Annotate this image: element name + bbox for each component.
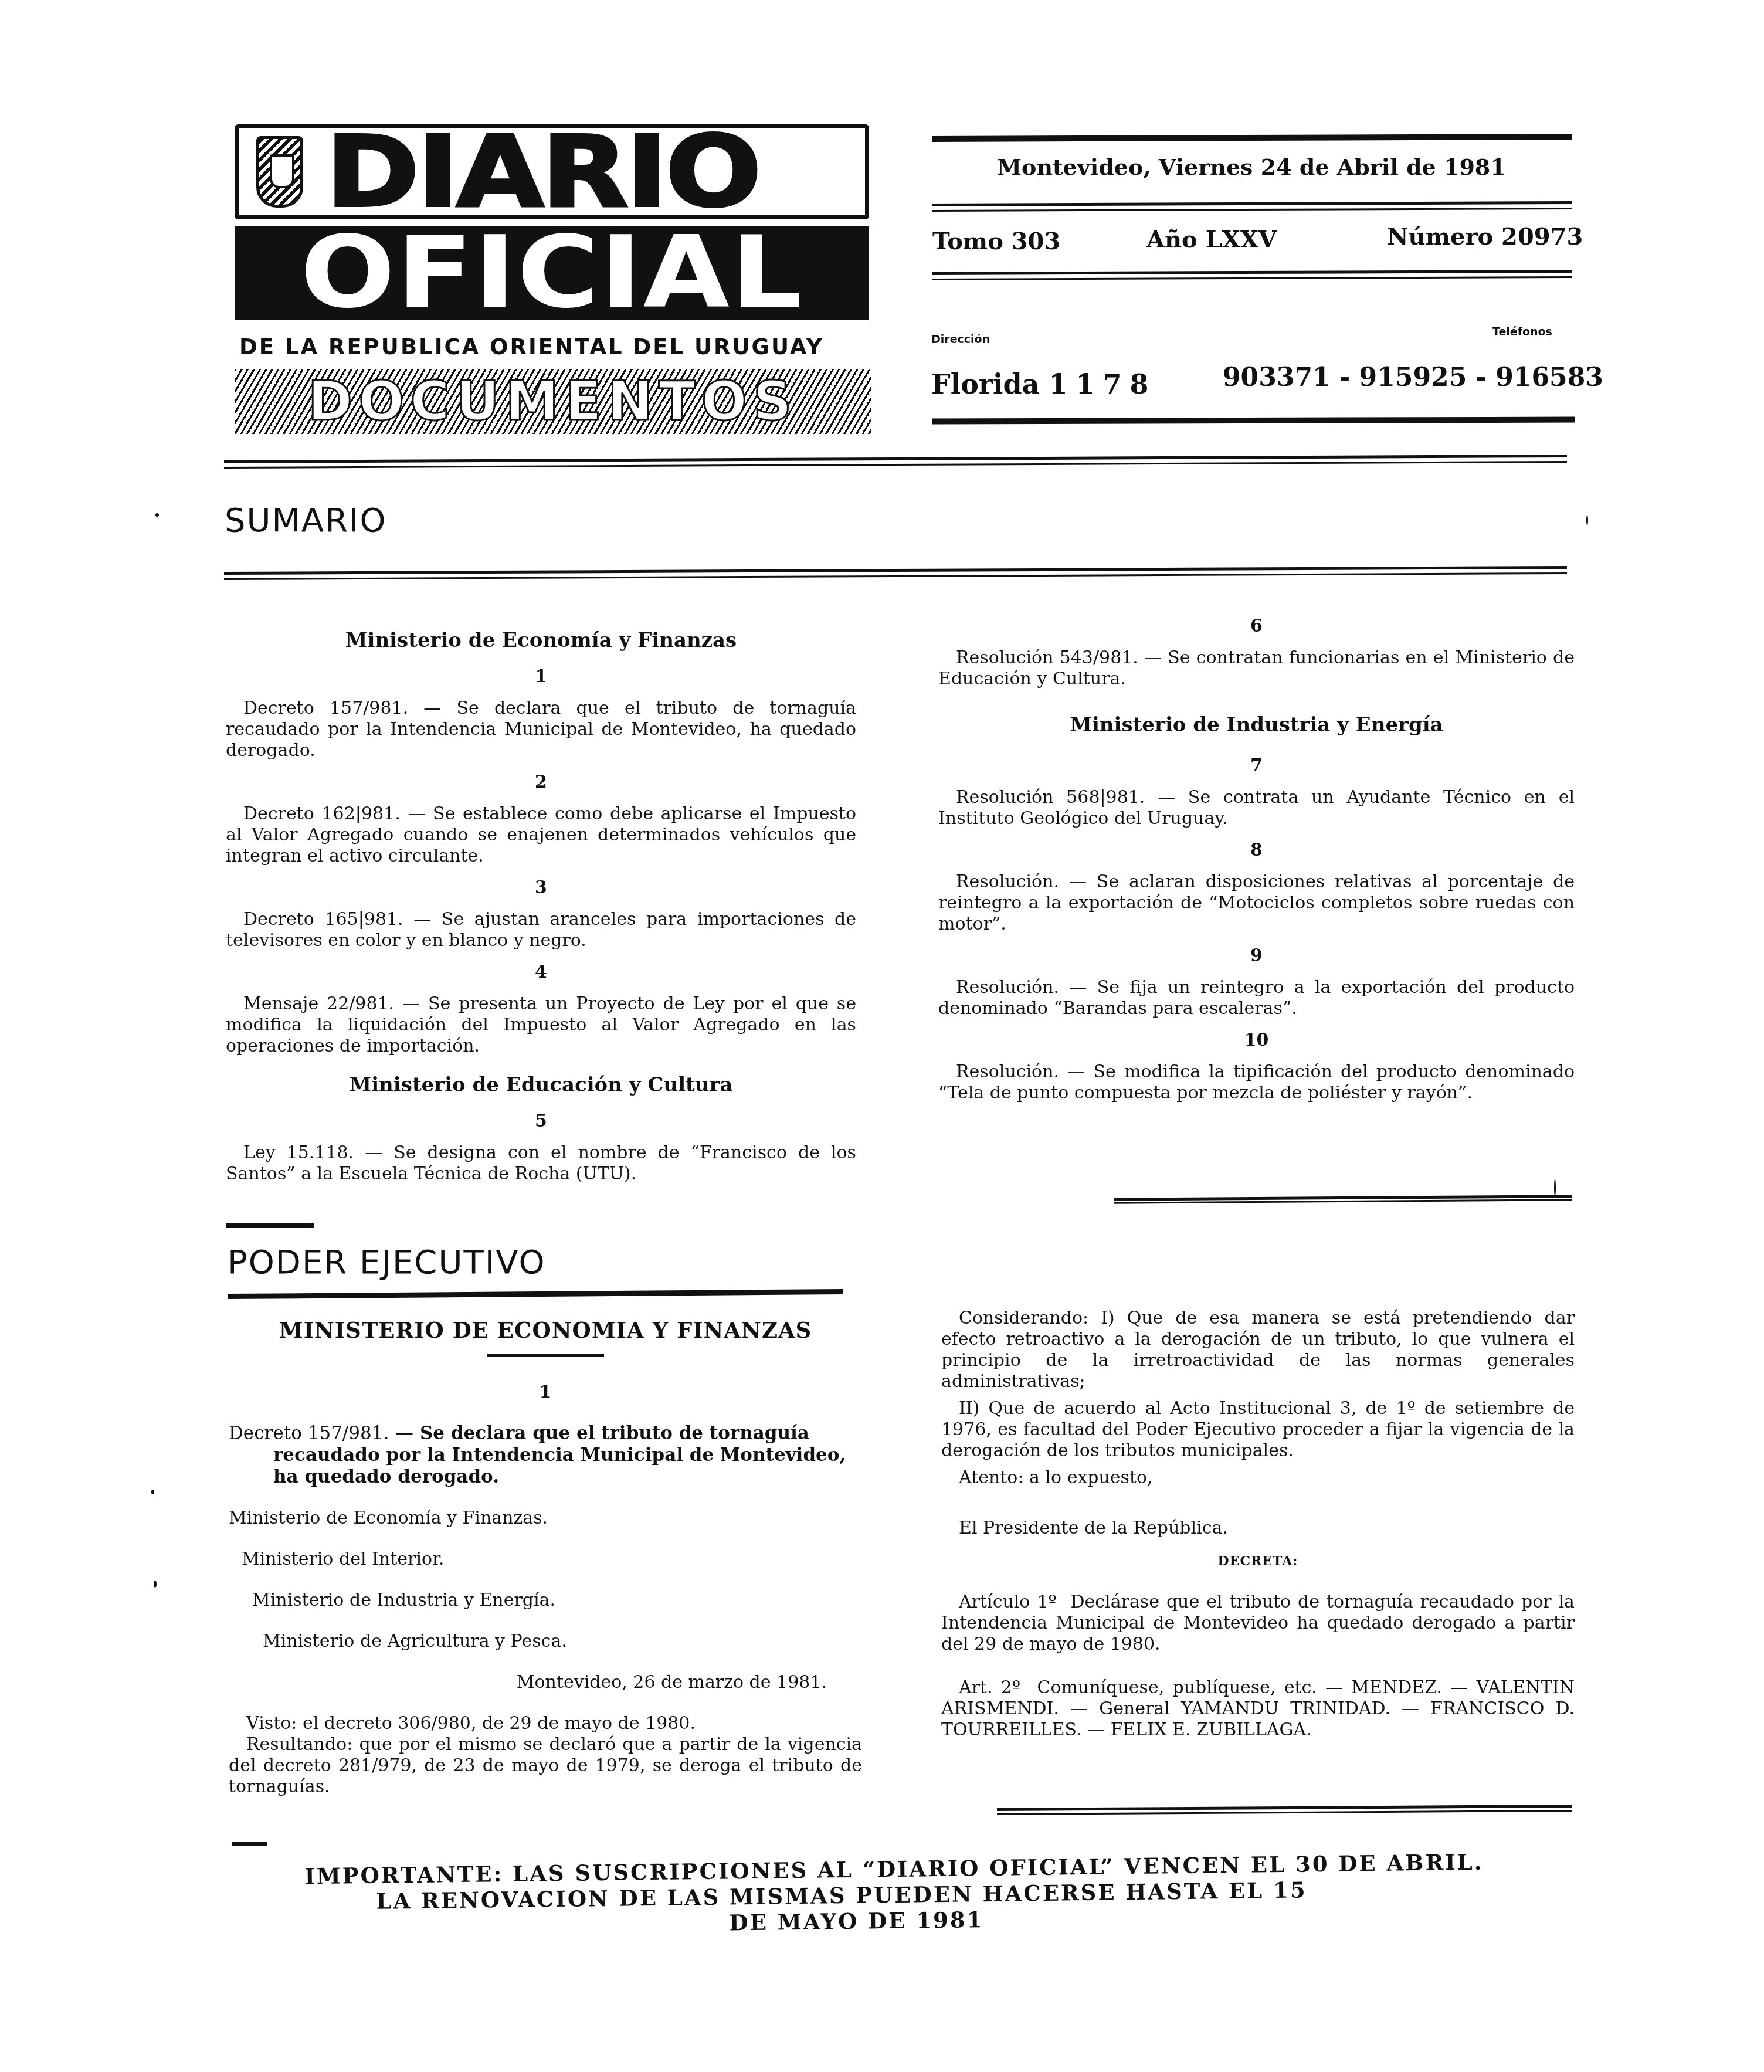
item-number: 5 <box>226 1111 856 1132</box>
visto-paragraph: Visto: el decreto 306/980, de 29 de mayo… <box>229 1713 862 1734</box>
section-mark-rule <box>226 1223 314 1228</box>
item-number: 6 <box>938 616 1575 637</box>
articulo-2: Art. 2º Comuníquese, publíquese, etc. — … <box>941 1677 1575 1741</box>
signing-ministry: Ministerio del Interior. <box>242 1549 862 1570</box>
address-street: Florida <box>931 368 1040 400</box>
section-banner-label: DOCUMENTOS <box>298 375 807 429</box>
signing-ministry: Ministerio de Economía y Finanzas. <box>229 1508 862 1529</box>
ministry-heading: Ministerio de Educación y Cultura <box>226 1074 856 1096</box>
address: Florida 1178 <box>931 368 1157 400</box>
decreta-heading: DECRETA: <box>941 1551 1575 1572</box>
item-number: 9 <box>938 945 1575 967</box>
resultando-paragraph: Resultando: que por el mismo se declaró … <box>229 1734 862 1798</box>
coat-of-arms-icon <box>256 136 303 208</box>
sumario-top-rule <box>224 455 1567 469</box>
sumario-end-rule <box>1114 1195 1572 1203</box>
masthead-title-oficial: OFICIAL <box>300 223 803 323</box>
sumario-entry[interactable]: Ley 15.118. — Se designa con el nombre d… <box>226 1142 856 1185</box>
poder-ejecutivo-right-column: Considerando: I) Que de esa manera se es… <box>941 1308 1575 1741</box>
scan-speck <box>151 1490 154 1494</box>
issue-date: Montevideo, Viernes 24 de Abril de 1981 <box>997 154 1506 180</box>
ministry-heading: Ministerio de Economía y Finanzas <box>226 630 856 651</box>
item-number: 4 <box>226 962 856 983</box>
poder-ejecutivo-rule <box>228 1289 843 1299</box>
phone-numbers: 903371 - 915925 - 916583 <box>1223 362 1603 392</box>
item-number: 8 <box>938 840 1575 861</box>
ministry-heading: MINISTERIO DE ECONOMIA Y FINANZAS <box>229 1320 862 1341</box>
signing-ministry: Ministerio de Industria y Energía. <box>252 1590 862 1611</box>
sumario-entry[interactable]: Resolución. — Se fija un reintegro a la … <box>938 977 1575 1019</box>
sumario-bottom-rule <box>224 566 1567 580</box>
address-label: Dirección <box>931 333 990 346</box>
section-banner-documentos: DOCUMENTOS <box>235 369 871 434</box>
bottom-mark-rule <box>232 1842 267 1846</box>
ministry-rule <box>487 1354 604 1357</box>
masthead-subtitle: DE LA REPUBLICA ORIENTAL DEL URUGUAY <box>239 334 873 360</box>
header-rule <box>932 201 1572 212</box>
sumario-entry[interactable]: Decreto 165|981. — Se ajustan aranceles … <box>226 909 856 951</box>
sumario-entry[interactable]: Resolución 543/981. — Se contratan funci… <box>938 647 1575 690</box>
considerando-paragraph: II) Que de acuerdo al Acto Institucional… <box>941 1398 1575 1461</box>
sumario-entry[interactable]: Decreto 157/981. — Se declara que el tri… <box>226 698 856 761</box>
decreto-title: Decreto 157/981. — Se declara que el tri… <box>229 1423 862 1488</box>
sumario-right-column: 6 Resolución 543/981. — Se contratan fun… <box>938 616 1575 1104</box>
bottom-rule <box>997 1805 1572 1815</box>
subscription-notice: IMPORTANTE: LAS SUSCRIPCIONES AL “DIARIO… <box>234 1848 1554 1941</box>
header-rule <box>932 417 1575 425</box>
masthead-title-diario: DIARIO <box>325 123 759 221</box>
sumario-entry[interactable]: Resolución 568|981. — Se contrata un Ayu… <box>938 787 1575 829</box>
address-number: 1178 <box>1049 368 1157 400</box>
presidente-line: El Presidente de la República. <box>941 1518 1575 1539</box>
articulo-1: Artículo 1º Declárase que el tributo de … <box>941 1592 1575 1655</box>
header-rule <box>932 270 1572 280</box>
item-number: 2 <box>226 772 856 793</box>
sumario-entry[interactable]: Resolución. — Se modifica la tipificació… <box>938 1062 1575 1104</box>
sumario-entry[interactable]: Resolución. — Se aclaran disposiciones r… <box>938 871 1575 935</box>
poder-ejecutivo-heading: PODER EJECUTIVO <box>228 1243 546 1281</box>
scan-speck <box>1586 515 1588 525</box>
issue-year: Año LXXV <box>1146 226 1277 253</box>
scan-speck <box>154 1581 157 1588</box>
considerando-paragraph: Considerando: I) Que de esa manera se es… <box>941 1308 1575 1392</box>
place-date: Montevideo, 26 de marzo de 1981. <box>229 1672 862 1693</box>
scan-speck <box>155 513 159 517</box>
issue-tomo: Tomo 303 <box>932 228 1060 255</box>
masthead-oficial-box: OFICIAL <box>235 226 869 320</box>
header-rule <box>932 134 1572 142</box>
poder-ejecutivo-left-column: MINISTERIO DE ECONOMIA Y FINANZAS 1 Decr… <box>229 1320 862 1798</box>
issue-number: Número 20973 <box>1387 223 1583 250</box>
sumario-heading: SUMARIO <box>225 501 387 540</box>
sumario-left-column: Ministerio de Economía y Finanzas 1 Decr… <box>226 620 856 1185</box>
item-number: 3 <box>226 877 856 898</box>
phones-label: Teléfonos <box>1492 325 1552 338</box>
signing-ministries: Ministerio de Economía y Finanzas. Minis… <box>229 1508 862 1652</box>
scan-speck <box>1554 1179 1556 1196</box>
item-number: 1 <box>226 666 856 687</box>
item-number: 7 <box>938 755 1575 776</box>
sumario-entry[interactable]: Mensaje 22/981. — Se presenta un Proyect… <box>226 993 856 1057</box>
item-number: 10 <box>938 1030 1575 1051</box>
signing-ministry: Ministerio de Agricultura y Pesca. <box>263 1631 862 1652</box>
item-number: 1 <box>229 1382 862 1403</box>
ministry-heading: Ministerio de Industria y Energía <box>938 714 1575 735</box>
masthead-diario-box: DIARIO <box>235 124 869 219</box>
sumario-entry[interactable]: Decreto 162|981. — Se establece como deb… <box>226 803 856 867</box>
atento-paragraph: Atento: a lo expuesto, <box>941 1467 1575 1488</box>
